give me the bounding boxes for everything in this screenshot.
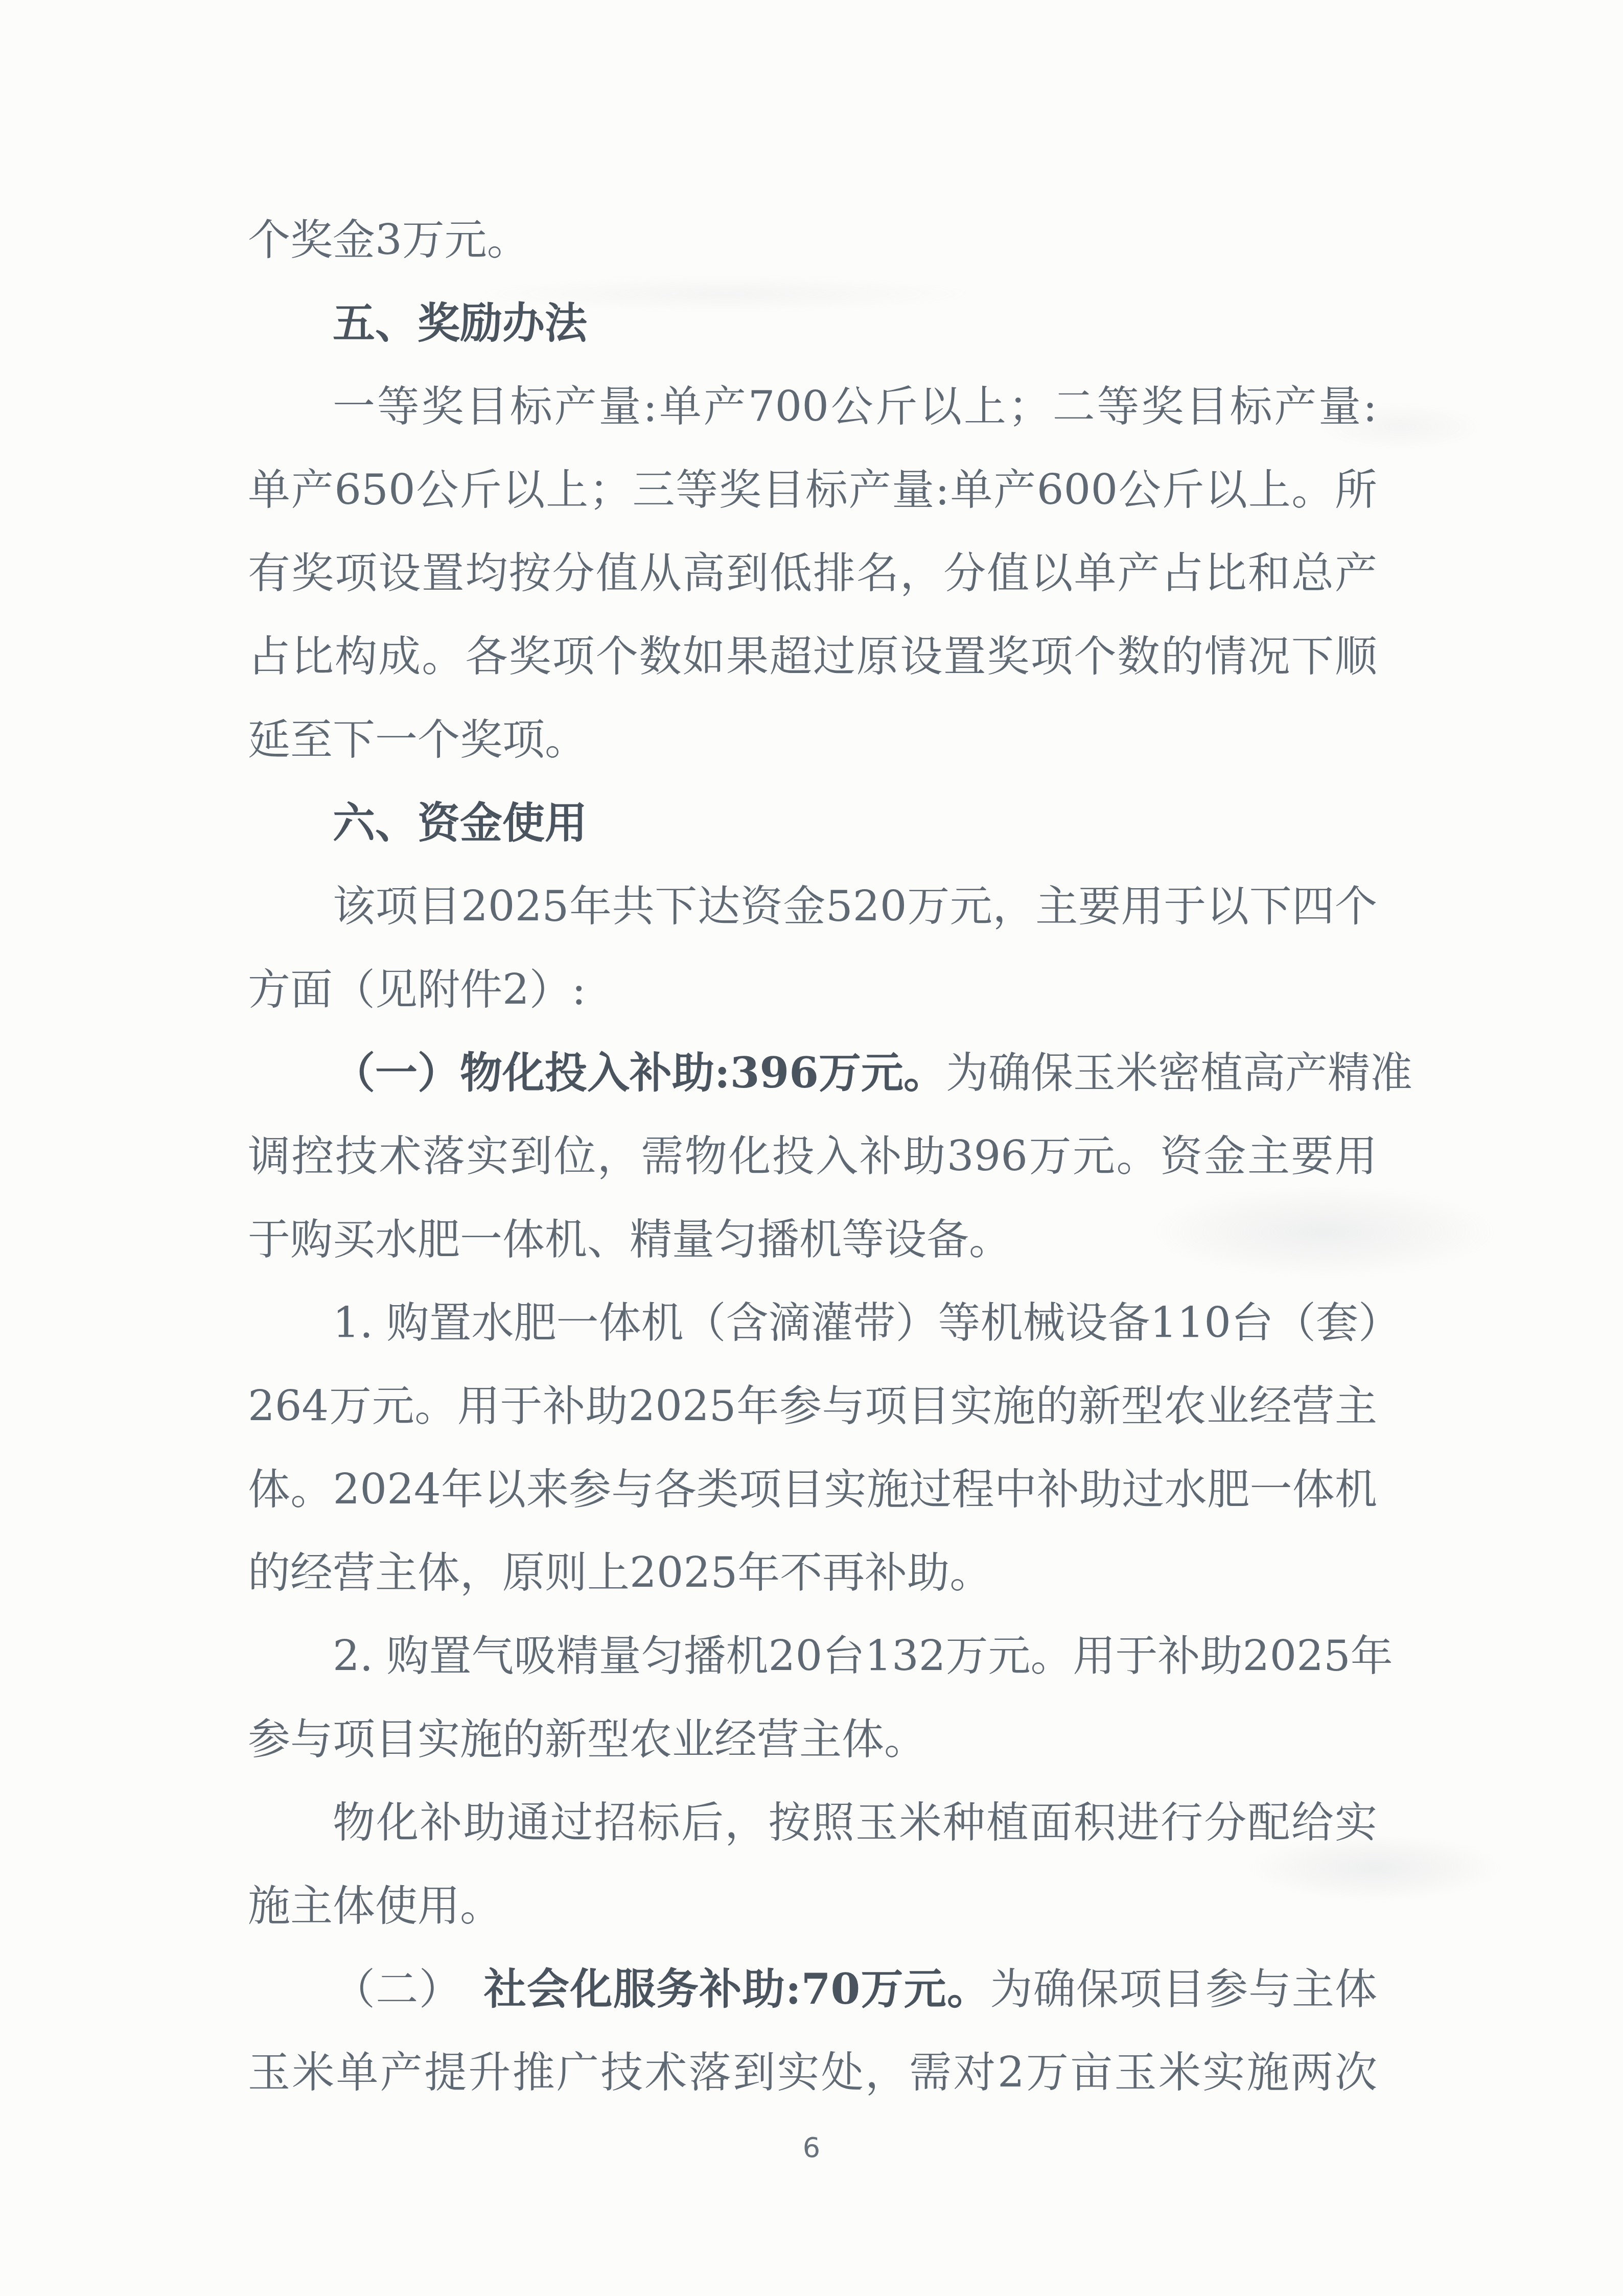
text-segment: 单产650公斤以上；三等奖目标产量:单产600公斤以上。所 [248,465,1377,515]
text-segment: 的经营主体，原则上2025年不再补助。 [248,1548,992,1597]
text-line: 有奖项设置均按分值从高到低排名，分值以单产占比和总产 [248,531,1377,615]
bold-text-segment: （一）物化投入补助:396万元。 [333,1048,946,1098]
text-segment: 于购买水肥一体机、精量匀播机等设备。 [248,1215,1011,1264]
text-line: 体。2024年以来参与各类项目实施过程中补助过水肥一体机 [248,1448,1377,1531]
document-page: 个奖金3万元。五、奖励办法一等奖目标产量:单产700公斤以上；二等奖目标产量:单… [0,0,1623,2296]
text-line: 该项目2025年共下达资金520万元，主要用于以下四个 [248,865,1377,948]
bold-text-segment: 五、奖励办法 [333,298,587,348]
text-line: 物化补助通过招标后，按照玉米种植面积进行分配给实 [248,1781,1377,1864]
text-segment: 参与项目实施的新型农业经营主体。 [248,1714,926,1764]
document-body: 个奖金3万元。五、奖励办法一等奖目标产量:单产700公斤以上；二等奖目标产量:单… [248,198,1377,2114]
text-segment: 施主体使用。 [248,1881,502,1931]
text-line: （一）物化投入补助:396万元。为确保玉米密植高产精准 [248,1031,1377,1115]
text-line: 1. 购置水肥一体机（含滴灌带）等机械设备110台（套） [248,1281,1377,1364]
text-line: 延至下一个奖项。 [248,698,1377,781]
text-line: 五、奖励办法 [248,282,1377,365]
text-segment: 占比构成。各奖项个数如果超过原设置奖项个数的情况下顺 [248,632,1377,681]
text-line: 参与项目实施的新型农业经营主体。 [248,1698,1377,1781]
text-line: 一等奖目标产量:单产700公斤以上；二等奖目标产量: [248,365,1377,448]
text-segment: 该项目2025年共下达资金520万元，主要用于以下四个 [333,882,1377,931]
text-segment: 为确保项目参与主体 [990,1964,1377,2014]
text-segment: 有奖项设置均按分值从高到低排名，分值以单产占比和总产 [248,548,1377,598]
text-segment: 为确保玉米密植高产精准 [946,1048,1412,1098]
text-line: 施主体使用。 [248,1864,1377,1947]
text-segment: 延至下一个奖项。 [248,715,587,764]
text-line: 的经营主体，原则上2025年不再补助。 [248,1531,1377,1614]
text-segment: 体。2024年以来参与各类项目实施过程中补助过水肥一体机 [248,1465,1377,1514]
text-line: 个奖金3万元。 [248,198,1377,282]
text-line: 方面（见附件2）: [248,948,1377,1031]
text-segment: 物化补助通过招标后，按照玉米种植面积进行分配给实 [333,1798,1377,1847]
text-segment: 调控技术落实到位，需物化投入补助396万元。资金主要用 [248,1131,1377,1181]
text-line: 六、资金使用 [248,781,1377,865]
text-segment: 一等奖目标产量:单产700公斤以上；二等奖目标产量: [333,382,1377,431]
text-line: 2. 购置气吸精量匀播机20台132万元。用于补助2025年 [248,1614,1377,1698]
text-segment: 个奖金3万元。 [248,215,529,265]
page-number: 6 [0,2127,1623,2168]
text-line: （二） 社会化服务补助:70万元。为确保项目参与主体 [248,1947,1377,2031]
bold-text-segment: 六、资金使用 [333,798,587,848]
text-segment: 1. 购置水肥一体机（含滴灌带）等机械设备110台（套） [333,1298,1401,1348]
text-line: 单产650公斤以上；三等奖目标产量:单产600公斤以上。所 [248,448,1377,531]
text-line: 于购买水肥一体机、精量匀播机等设备。 [248,1198,1377,1281]
text-segment: 264万元。用于补助2025年参与项目实施的新型农业经营主 [248,1381,1377,1431]
text-segment: 2. 购置气吸精量匀播机20台132万元。用于补助2025年 [333,1631,1393,1681]
text-segment: 玉米单产提升推广技术落到实处，需对2万亩玉米实施两次 [248,2048,1377,2097]
bold-text-segment: 社会化服务补助:70万元。 [484,1964,990,2014]
text-segment: 方面（见附件2）: [248,965,586,1014]
text-segment: （二） [333,1964,484,2014]
text-line: 玉米单产提升推广技术落到实处，需对2万亩玉米实施两次 [248,2031,1377,2114]
text-line: 264万元。用于补助2025年参与项目实施的新型农业经营主 [248,1364,1377,1448]
text-line: 占比构成。各奖项个数如果超过原设置奖项个数的情况下顺 [248,615,1377,698]
text-line: 调控技术落实到位，需物化投入补助396万元。资金主要用 [248,1115,1377,1198]
